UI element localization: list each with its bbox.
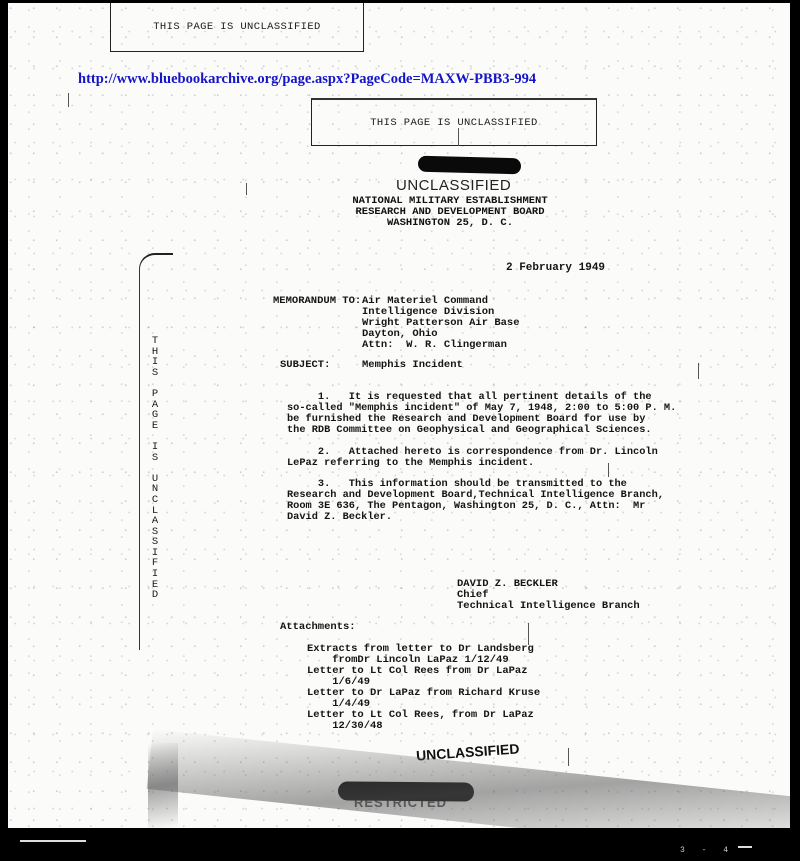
scan-artifact: [608, 463, 609, 477]
unclassified-header-stamp: UNCLASSIFIED: [396, 177, 511, 194]
scan-artifact: [458, 128, 459, 146]
page-marks: 3 - 4: [680, 846, 734, 855]
paragraph-3: 3. This information should be transmitte…: [287, 479, 627, 523]
scan-artifact: [246, 183, 247, 195]
scan-artifact: [528, 623, 529, 645]
paragraph-2: 2. Attached hereto is correspondence fro…: [287, 447, 627, 469]
subject-value: Memphis Incident: [362, 360, 463, 371]
memo-recipient: Air Materiel Command Intelligence Divisi…: [362, 296, 520, 351]
redaction-bar-top: [418, 156, 521, 175]
letterhead: NATIONAL MILITARY ESTABLISHMENT RESEARCH…: [345, 196, 555, 229]
letterhead-line-3: WASHINGTON 25, D. C.: [345, 218, 555, 229]
signature-office: Technical Intelligence Branch: [457, 600, 640, 612]
unclassified-stamp-top: THIS PAGE IS UNCLASSIFIED: [110, 3, 364, 52]
memo-date: 2 February 1949: [506, 263, 605, 274]
paragraph-1: 1. It is requested that all pertinent de…: [287, 392, 627, 436]
attachments-list: Extracts from letter to Dr Landsberg fro…: [307, 644, 540, 732]
scan-shadow-vertical: [148, 743, 178, 828]
scan-artifact: [68, 93, 69, 107]
side-unclassified-stamp: T H I S P A G E I S U N C L A S S I F I …: [149, 336, 161, 601]
scan-edge-mark: [738, 846, 752, 848]
scan-edge-mark: [20, 840, 86, 842]
scan-artifact: [698, 363, 699, 379]
signature-block: DAVID Z. BECKLER Chief Technical Intelli…: [457, 579, 640, 612]
stamp-top-text: THIS PAGE IS UNCLASSIFIED: [153, 21, 321, 33]
scan-artifact: [568, 748, 569, 766]
unclassified-stamp-middle: THIS PAGE IS UNCLASSIFIED: [311, 98, 597, 146]
attachments-label: Attachments:: [280, 622, 356, 633]
document-page: THIS PAGE IS UNCLASSIFIED http://www.blu…: [8, 3, 790, 828]
subject-label: SUBJECT:: [280, 360, 330, 371]
memo-to-label: MEMORANDUM TO:: [273, 296, 361, 307]
stamp-middle-text: THIS PAGE IS UNCLASSIFIED: [370, 117, 538, 129]
source-url-link[interactable]: http://www.bluebookarchive.org/page.aspx…: [78, 71, 536, 88]
